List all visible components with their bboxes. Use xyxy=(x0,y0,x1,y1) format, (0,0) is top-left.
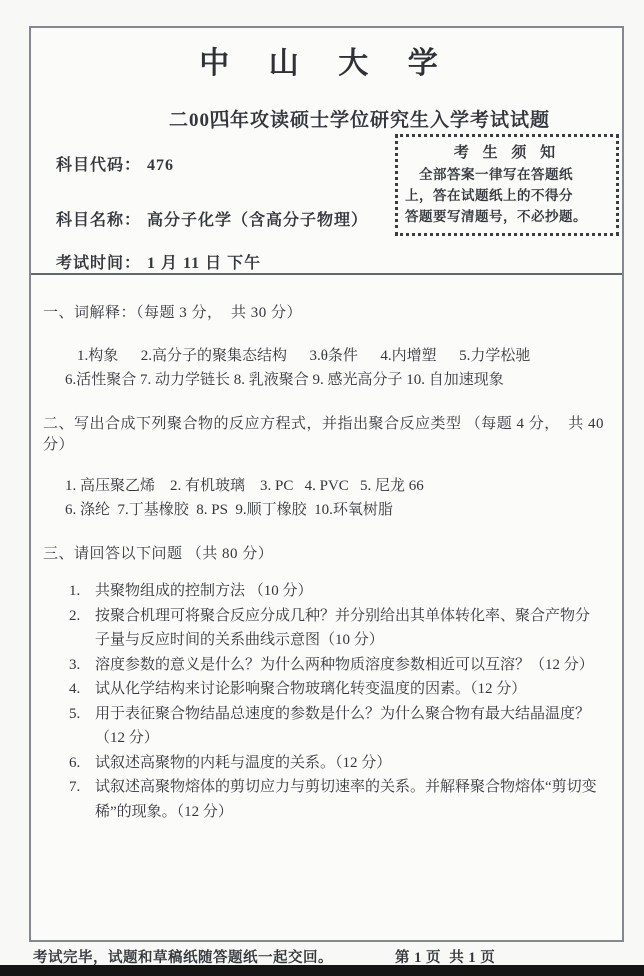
question-text: 共聚物组成的控制方法 （10 分） xyxy=(95,579,606,604)
question-item: 4.试从化学结构来讨论影响聚合物玻璃化转变温度的因素。（12 分） xyxy=(69,677,606,702)
notice-title: 考 生 须 知 xyxy=(405,141,609,162)
page-footer: 考试完毕，试题和草稿纸随答题纸一起交回。 第 1 页 共 1 页 xyxy=(33,946,613,967)
section-2-polymers: 1. 高压聚乙烯 2. 有机玻璃 3. PC 4. PVC 5. 尼龙 66 6… xyxy=(43,474,606,522)
section-2-heading: 二、写出合成下列聚合物的反应方程式，并指出聚合反应类型 （每题 4 分， 共 4… xyxy=(43,412,606,454)
question-number: 4. xyxy=(69,677,95,702)
question-number: 2. xyxy=(69,604,95,653)
notice-line: 全部答案一律写在答题纸 xyxy=(405,164,609,185)
exam-header: 中 山 大 学 二00四年攻读硕士学位研究生入学考试试题 科目代码：476 科目… xyxy=(31,28,622,275)
subject-name-value: 高分子化学（含高分子物理） xyxy=(147,212,368,229)
section-2-line: 6. 涤纶 7.丁基橡胶 8. PS 9.顺丁橡胶 10.环氧树脂 xyxy=(43,498,606,522)
subject-code-label: 科目代码： xyxy=(56,157,141,174)
exam-time-row: 考试时间：1 月 11 日 下午 xyxy=(56,250,261,273)
question-number: 6. xyxy=(69,751,95,776)
question-text: 试叙述高聚物的内耗与温度的关系。（12 分） xyxy=(95,751,606,776)
question-number: 3. xyxy=(69,653,95,678)
section-2-line: 1. 高压聚乙烯 2. 有机玻璃 3. PC 4. PVC 5. 尼龙 66 xyxy=(43,474,606,498)
question-text: 试叙述高聚物熔体的剪切应力与剪切速率的关系。并解释聚合物熔体“剪切变稀”的现象。… xyxy=(95,775,606,824)
section-1-line: 1.构象 2.高分子的聚集态结构 3.θ条件 4.内增塑 5.力学松驰 xyxy=(43,344,606,368)
exam-body: 一、词解释：（每题 3 分， 共 30 分） 1.构象 2.高分子的聚集态结构 … xyxy=(31,301,622,824)
notice-line: 上，答在试题纸上的不得分 xyxy=(405,185,609,206)
exam-time-label: 考试时间： xyxy=(56,255,141,272)
section-1-terms: 1.构象 2.高分子的聚集态结构 3.θ条件 4.内增塑 5.力学松驰 6.活性… xyxy=(43,344,606,392)
university-title: 中 山 大 学 xyxy=(31,38,622,82)
footer-note: 考试完毕，试题和草稿纸随答题纸一起交回。 xyxy=(33,950,333,966)
exam-subtitle: 二00四年攻读硕士学位研究生入学考试试题 xyxy=(31,105,622,132)
question-item: 2.按聚合机理可将聚合反应分成几种？并分别给出其单体转化率、聚合产物分子量与反应… xyxy=(69,604,606,653)
subtitle-year-handwritten: 四 xyxy=(209,104,232,134)
question-text: 用于表征聚合物结晶总速度的参数是什么？为什么聚合物有最大结晶温度？（12 分） xyxy=(95,702,606,751)
question-number: 7. xyxy=(69,775,95,824)
question-text: 按聚合机理可将聚合反应分成几种？并分别给出其单体转化率、聚合产物分子量与反应时间… xyxy=(95,604,606,653)
question-item: 7.试叙述高聚物熔体的剪切应力与剪切速率的关系。并解释聚合物熔体“剪切变稀”的现… xyxy=(69,775,606,824)
section-1-heading: 一、词解释：（每题 3 分， 共 30 分） xyxy=(43,301,606,322)
question-number: 1. xyxy=(69,579,95,604)
question-list: 1.共聚物组成的控制方法 （10 分） 2.按聚合机理可将聚合反应分成几种？并分… xyxy=(43,579,606,824)
question-item: 5.用于表征聚合物结晶总速度的参数是什么？为什么聚合物有最大结晶温度？（12 分… xyxy=(69,702,606,751)
question-item: 3.溶度参数的意义是什么？为什么两种物质溶度参数相近可以互溶？（12 分） xyxy=(69,653,606,678)
section-1-line: 6.活性聚合 7. 动力学链长 8. 乳液聚合 9. 感光高分子 10. 自加速… xyxy=(43,368,606,392)
exam-time-value: 1 月 11 日 下午 xyxy=(147,255,261,272)
subject-name-label: 科目名称： xyxy=(56,212,141,229)
section-3-heading: 三、请回答以下问题 （共 80 分） xyxy=(43,542,606,563)
bottom-scan-bar xyxy=(0,965,644,976)
question-text: 试从化学结构来讨论影响聚合物玻璃化转变温度的因素。（12 分） xyxy=(95,677,606,702)
question-item: 1.共聚物组成的控制方法 （10 分） xyxy=(69,579,606,604)
page-border: 中 山 大 学 二00四年攻读硕士学位研究生入学考试试题 科目代码：476 科目… xyxy=(29,26,624,942)
subject-code-row: 科目代码：476 xyxy=(56,152,174,175)
subtitle-suffix: 年攻读硕士学位研究生入学考试试题 xyxy=(230,110,550,131)
subject-name-row: 科目名称：高分子化学（含高分子物理） xyxy=(56,207,368,230)
question-item: 6.试叙述高聚物的内耗与温度的关系。（12 分） xyxy=(69,751,606,776)
page-number: 第 1 页 共 1 页 xyxy=(395,946,495,967)
notice-box: 考 生 须 知 全部答案一律写在答题纸 上，答在试题纸上的不得分 答题要写清题号… xyxy=(395,134,619,236)
notice-line: 答题要写清题号，不必抄题。 xyxy=(405,206,609,227)
subject-code-value: 476 xyxy=(147,157,174,174)
question-text: 溶度参数的意义是什么？为什么两种物质溶度参数相近可以互溶？（12 分） xyxy=(95,653,606,678)
subtitle-prefix: 二00 xyxy=(169,110,210,131)
question-number: 5. xyxy=(69,702,95,751)
